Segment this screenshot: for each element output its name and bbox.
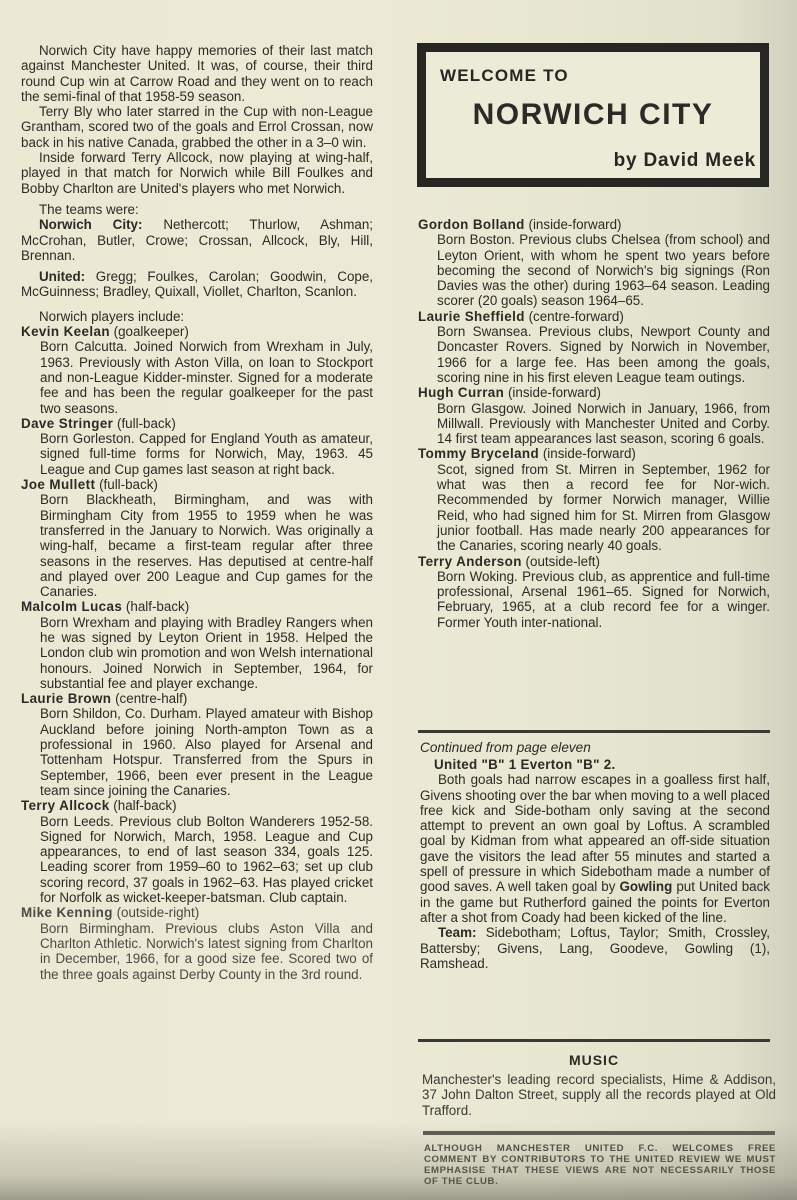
player-name: Malcolm Lucas [21, 599, 122, 614]
player-heading: Laurie Sheffield (centre-forward) [418, 309, 770, 324]
player-bio: Born Swansea. Previous clubs, Newport Co… [437, 324, 770, 385]
player-bio: Scot, signed from St. Mirren in Septembe… [437, 462, 770, 554]
player-bio: Born Calcutta. Joined Norwich from Wrexh… [40, 339, 373, 415]
player-position: (centre-half) [111, 691, 187, 706]
norwich-team-label: Norwich City: [39, 217, 142, 232]
player-heading: Joe Mullett (full-back) [21, 477, 373, 492]
player-name: Gordon Bolland [418, 217, 525, 232]
player-position: (full-back) [95, 477, 158, 492]
player-position: (centre-forward) [525, 309, 624, 324]
page-title: NORWICH CITY [426, 98, 760, 132]
player-entry: Joe Mullett (full-back) Born Blackheath,… [21, 477, 373, 599]
player-heading: Terry Anderson (outside-left) [418, 554, 770, 569]
player-heading: Tommy Bryceland (inside-forward) [418, 446, 770, 461]
report-scorer: Gowling [619, 879, 672, 894]
player-entry: Kevin Keelan (goalkeeper) Born Calcutta.… [21, 324, 373, 416]
player-bio: Born Gorleston. Capped for England Youth… [40, 431, 373, 477]
player-entry: Tommy Bryceland (inside-forward) Scot, s… [418, 446, 770, 553]
player-entry: Terry Allcock (half-back) Born Leeds. Pr… [21, 798, 373, 905]
player-heading: Malcolm Lucas (half-back) [21, 599, 373, 614]
right-column: Gordon Bolland (inside-forward) Born Bos… [418, 217, 770, 630]
section-divider [418, 1039, 770, 1042]
intro-paragraph: Inside forward Terry Allcock, now playin… [21, 150, 373, 196]
player-position: (inside-forward) [504, 385, 601, 400]
title-box: WELCOME TO NORWICH CITY by David Meek [417, 43, 769, 187]
player-bio: Born Glasgow. Joined Norwich in January,… [437, 401, 770, 447]
player-entry: Laurie Sheffield (centre-forward) Born S… [418, 309, 770, 385]
team-label: Team: [438, 925, 476, 940]
welcome-label: WELCOME TO [440, 66, 569, 86]
player-entry: Malcolm Lucas (half-back) Born Wrexham a… [21, 599, 373, 691]
player-bio: Born Birmingham. Previous clubs Aston Vi… [40, 921, 373, 982]
player-bio: Born Boston. Previous clubs Chelsea (fro… [437, 232, 770, 308]
music-text: Manchester's leading record specialists,… [422, 1072, 776, 1118]
player-position: (half-back) [122, 599, 189, 614]
section-divider [423, 1131, 775, 1135]
player-heading: Dave Stringer (full-back) [21, 416, 373, 431]
player-entry: Laurie Brown (centre-half) Born Shildon,… [21, 691, 373, 798]
player-bio: Born Leeds. Previous club Bolton Wandere… [40, 814, 373, 906]
player-name: Laurie Sheffield [418, 309, 525, 324]
united-lineup: United: Gregg; Foulkes, Carolan; Goodwin… [21, 269, 373, 300]
player-name: Mike Kenning [21, 905, 113, 920]
players-heading: Norwich players include: [21, 309, 373, 324]
report-text: Both goals had narrow escapes in a goall… [420, 772, 770, 894]
norwich-lineup: Norwich City: Nethercott; Thurlow, Ashma… [21, 217, 373, 263]
player-name: Terry Allcock [21, 798, 110, 813]
player-entry: Dave Stringer (full-back) Born Gorleston… [21, 416, 373, 477]
intro-paragraph: Terry Bly who later starred in the Cup w… [21, 104, 373, 150]
player-name: Dave Stringer [21, 416, 113, 431]
player-entry: Hugh Curran (inside-forward) Born Glasgo… [418, 385, 770, 446]
player-heading: Laurie Brown (centre-half) [21, 691, 373, 706]
teams-heading: The teams were: [21, 202, 373, 217]
player-position: (inside-forward) [525, 217, 622, 232]
player-position: (inside-forward) [539, 446, 636, 461]
player-entry: Gordon Bolland (inside-forward) Born Bos… [418, 217, 770, 309]
player-name: Hugh Curran [418, 385, 504, 400]
music-heading: MUSIC [418, 1052, 770, 1068]
player-name: Terry Anderson [418, 554, 522, 569]
player-entry: Terry Anderson (outside-left) Born Wokin… [418, 554, 770, 630]
player-name: Tommy Bryceland [418, 446, 539, 461]
match-team-lineup: Team: Sidebotham; Loftus, Taylor; Smith,… [420, 925, 770, 971]
player-position: (goalkeeper) [110, 324, 189, 339]
player-position: (outside-right) [113, 905, 199, 920]
player-entry: Mike Kenning (outside-right) Born Birmin… [21, 905, 373, 981]
player-name: Joe Mullett [21, 477, 95, 492]
player-heading: Kevin Keelan (goalkeeper) [21, 324, 373, 339]
player-name: Kevin Keelan [21, 324, 110, 339]
player-position: (full-back) [113, 416, 176, 431]
player-position: (outside-left) [522, 554, 600, 569]
player-bio: Born Wrexham and playing with Bradley Ra… [40, 615, 373, 691]
player-heading: Mike Kenning (outside-right) [21, 905, 373, 920]
player-bio: Born Shildon, Co. Durham. Played amateur… [40, 706, 373, 798]
player-bio: Born Blackheath, Birmingham, and was wit… [40, 492, 373, 599]
player-position: (half-back) [110, 798, 177, 813]
player-heading: Terry Allcock (half-back) [21, 798, 373, 813]
match-report-text: Both goals had narrow escapes in a goall… [420, 772, 770, 925]
section-divider [418, 730, 770, 733]
player-bio: Born Woking. Previous club, as apprentic… [437, 569, 770, 630]
intro-paragraph: Norwich City have happy memories of thei… [21, 43, 373, 104]
match-title: United "B" 1 Everton "B" 2. [434, 757, 770, 772]
match-report: United "B" 1 Everton "B" 2. Both goals h… [420, 757, 770, 971]
player-heading: Hugh Curran (inside-forward) [418, 385, 770, 400]
player-heading: Gordon Bolland (inside-forward) [418, 217, 770, 232]
united-team-label: United: [39, 269, 85, 284]
author-byline: by David Meek [614, 150, 756, 172]
continued-label: Continued from page eleven [420, 740, 591, 755]
player-name: Laurie Brown [21, 691, 111, 706]
left-column: Norwich City have happy memories of thei… [21, 43, 373, 982]
disclaimer-text: Although Manchester United F.C. welcomes… [424, 1143, 776, 1187]
